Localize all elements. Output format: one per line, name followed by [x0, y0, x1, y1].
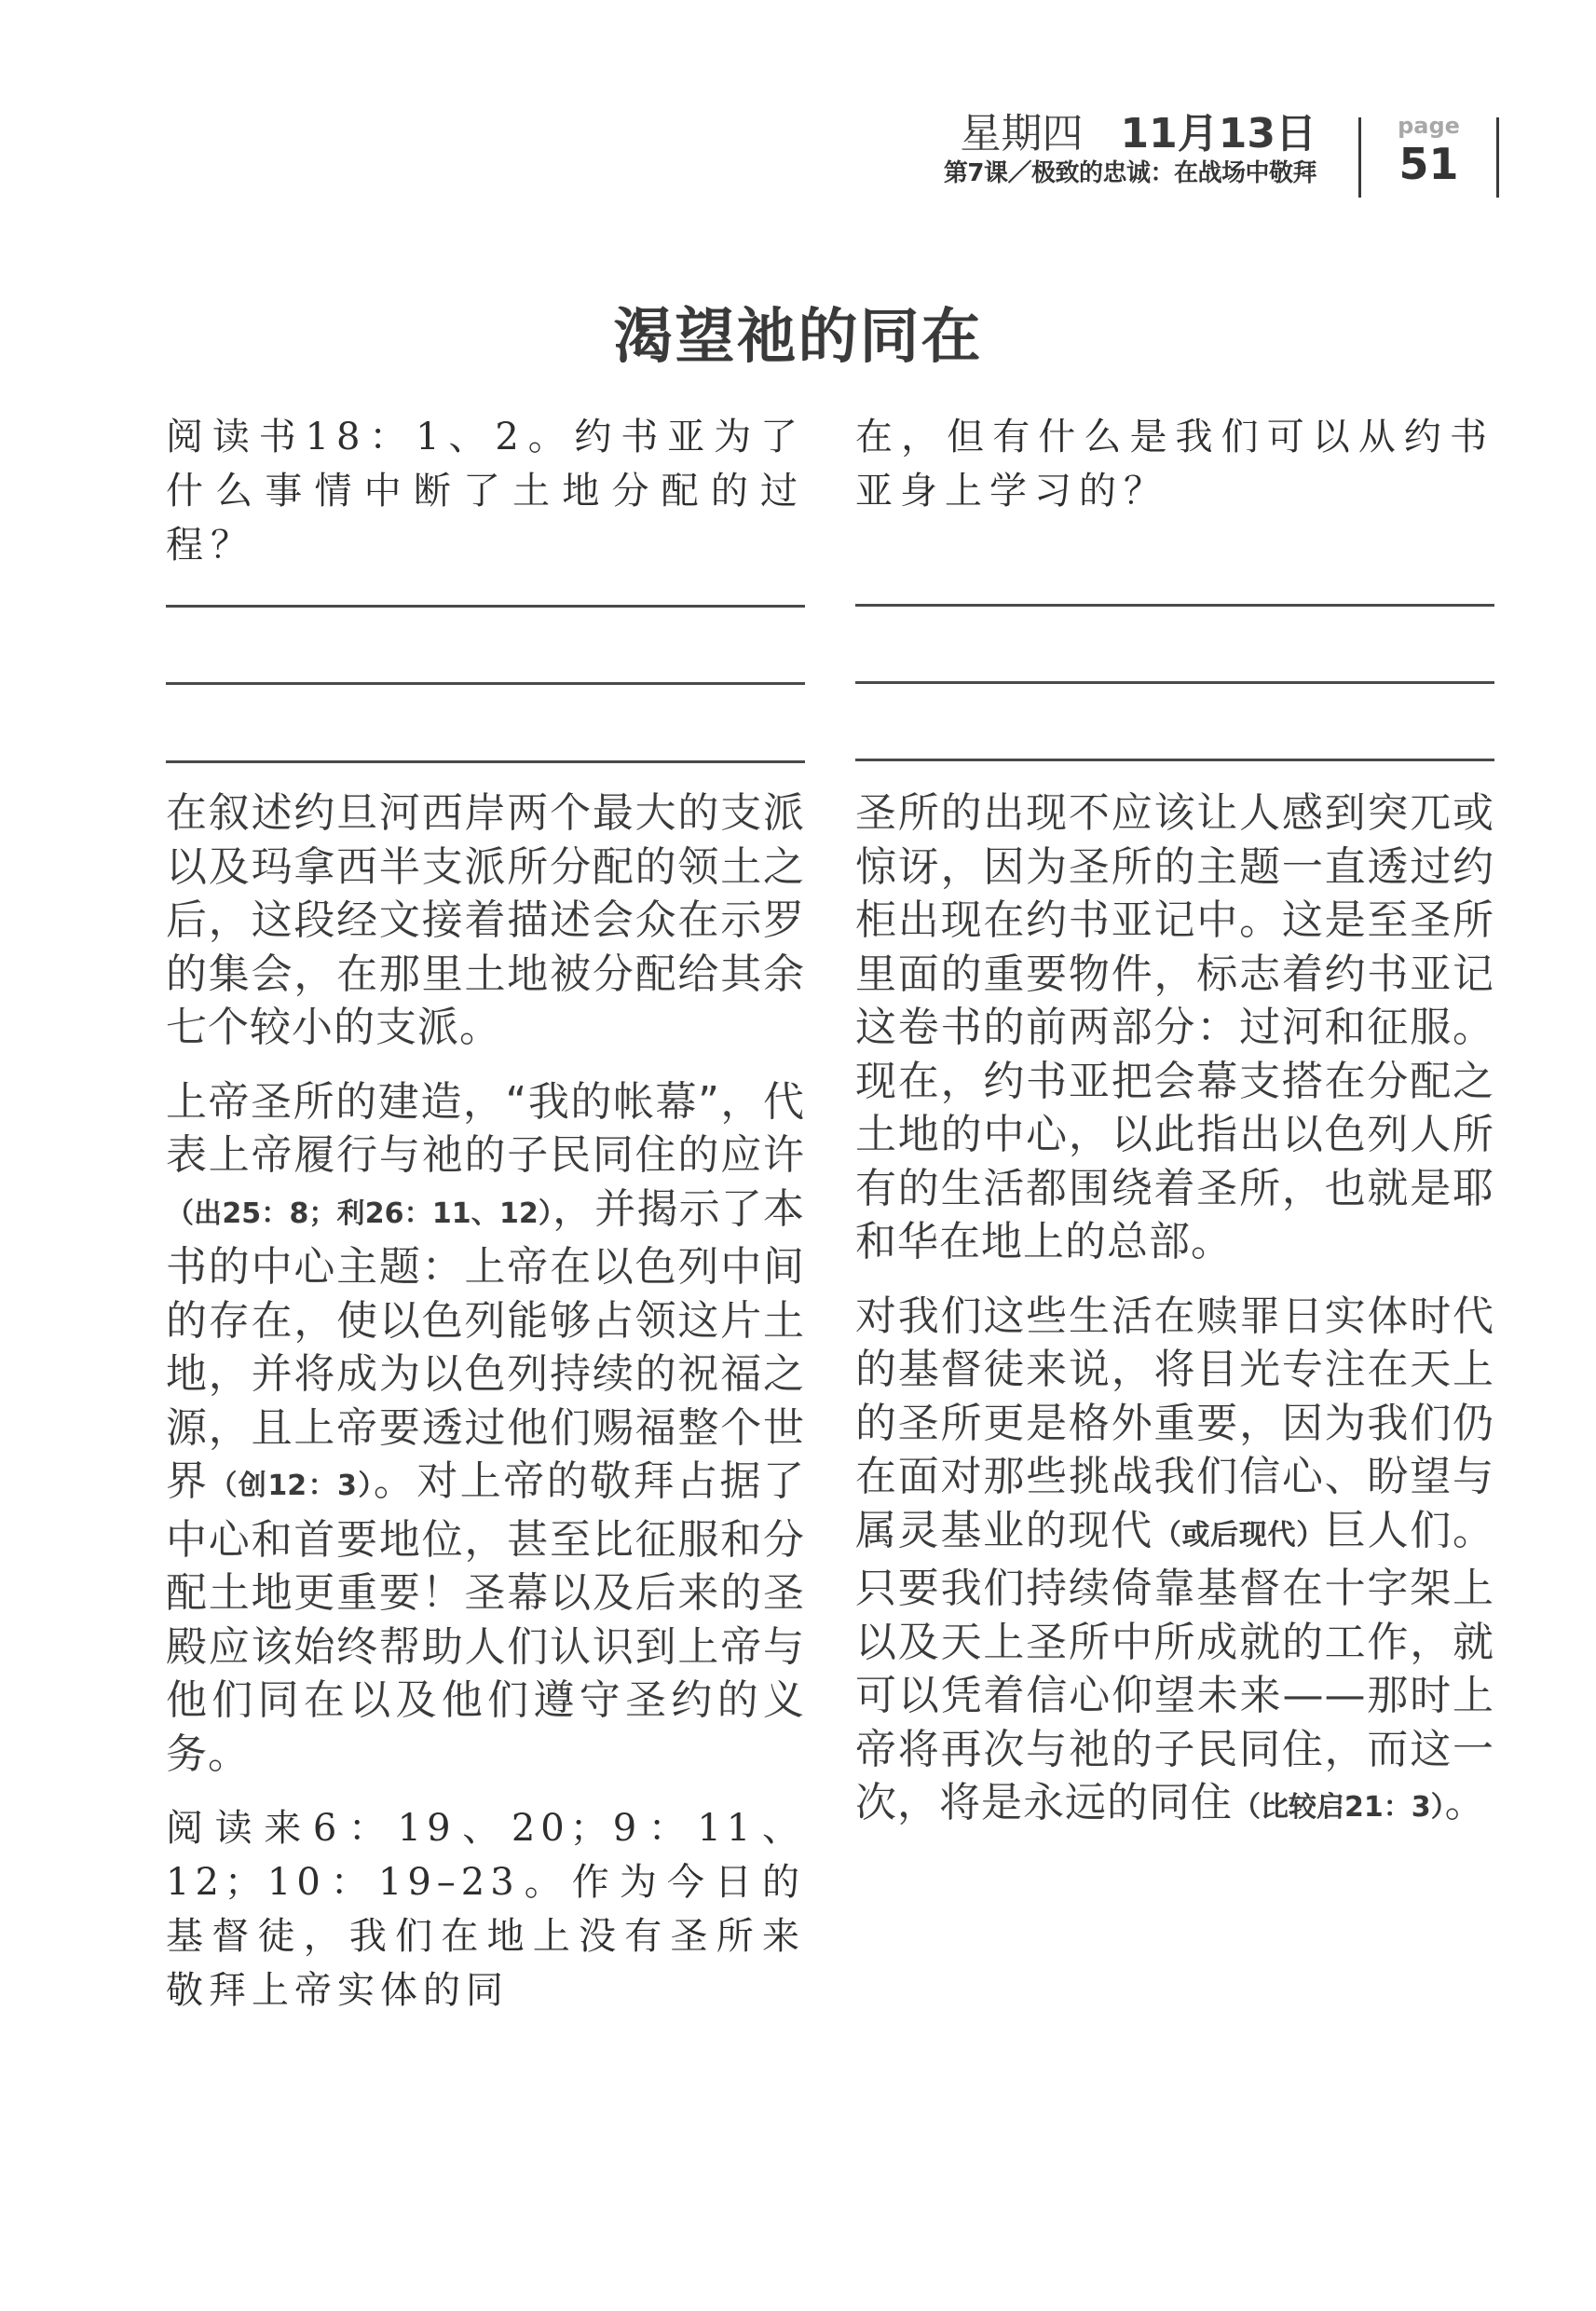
day-date-line: 星期四11月13日: [646, 110, 1316, 158]
paragraph-text: 。对上帝的敬拜占据了中心和首要地位，甚至比征服和分配土地更重要！圣幕以及后来的圣…: [166, 1457, 805, 1778]
scripture-reference: （或后现代）: [1153, 1519, 1325, 1552]
scripture-reference: （比较启21：3）: [1233, 1791, 1445, 1824]
answer-line[interactable]: [166, 682, 805, 685]
paragraph-text: 巨人们。只要我们持续倚靠基督在十字架上以及天上圣所中所成就的工作，就可以凭着信心…: [855, 1507, 1494, 1827]
paragraph: 上帝圣所的建造，“我的帐幕”，代表上帝履行与祂的子民同住的应许（出25：8；利2…: [166, 1075, 805, 1782]
scripture-reference: （创12：3）: [209, 1470, 373, 1502]
page-title: 渴望祂的同在: [0, 300, 1596, 375]
paragraph: 圣所的出现不应该让人感到突兀或惊讶，因为圣所的主题一直透过约柜出现在约书亚记中。…: [855, 786, 1494, 1269]
date: 11月13日: [1121, 110, 1316, 157]
left-body-text: 在叙述约旦河西岸两个最大的支派以及玛拿西半支派所分配的领土之后，这段经文接着描述…: [166, 786, 805, 2017]
lesson-title: 第7课／极致的忠诚：在战场中敬拜: [646, 158, 1316, 188]
answer-line[interactable]: [855, 681, 1494, 684]
discussion-question-1: 阅读书18：1、2。约书亚为了什么事情中断了土地分配的过程？: [166, 410, 805, 572]
answer-line[interactable]: [166, 605, 805, 608]
answer-line[interactable]: [166, 760, 805, 763]
right-body-text: 圣所的出现不应该让人感到突兀或惊讶，因为圣所的主题一直透过约柜出现在约书亚记中。…: [855, 786, 1494, 1855]
paragraph: 对我们这些生活在赎罪日实体时代的基督徒来说，将目光专注在天上的圣所更是格外重要，…: [855, 1290, 1494, 1835]
discussion-question-2: 阅读来6：19、20；9：11、12；10：19–23。作为今日的基督徒，我们在…: [166, 1801, 805, 2017]
page-indicator: page 51: [1361, 114, 1496, 190]
page-label: page: [1361, 114, 1496, 138]
discussion-question-2-continued: 在，但有什么是我们可以从约书亚身上学习的？: [855, 410, 1494, 518]
paragraph: 在叙述约旦河西岸两个最大的支派以及玛拿西半支派所分配的领土之后，这段经文接着描述…: [166, 786, 805, 1055]
answer-line[interactable]: [855, 759, 1494, 761]
left-column: 阅读书18：1、2。约书亚为了什么事情中断了土地分配的过程？ 在叙述约旦河西岸两…: [166, 410, 805, 572]
right-column: 在，但有什么是我们可以从约书亚身上学习的？ 圣所的出现不应该让人感到突兀或惊讶，…: [855, 410, 1494, 518]
paragraph-text: 上帝圣所的建造，“我的帐幕”，代表上帝履行与祂的子民同住的应许: [166, 1078, 805, 1180]
answer-line[interactable]: [855, 604, 1494, 607]
header-divider-right: [1496, 117, 1499, 198]
page-number: 51: [1361, 138, 1496, 190]
weekday: 星期四: [961, 110, 1084, 157]
scripture-reference: （出25：8；利26：11、12）: [166, 1197, 552, 1230]
page-header: 星期四11月13日 第7课／极致的忠诚：在战场中敬拜: [646, 110, 1316, 188]
paragraph-text: 。: [1445, 1779, 1487, 1826]
